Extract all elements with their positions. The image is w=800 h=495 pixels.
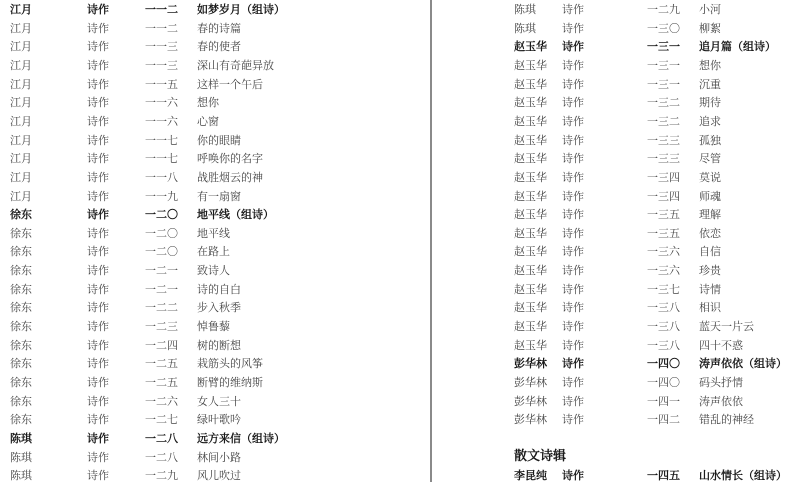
page-number-cell: 一四二 xyxy=(647,411,680,429)
toc-entry-row: 徐东诗作一二六女人三十 xyxy=(0,393,430,411)
toc-entry-row: 赵玉华诗作一三二期待 xyxy=(432,94,800,112)
toc-group-row: 赵玉华诗作一三一追月篇（组诗） xyxy=(432,38,800,56)
toc-entry-row: 江月诗作一一三深山有奇葩异放 xyxy=(0,57,430,75)
author-cell: 徐东 xyxy=(10,262,32,280)
type-cell: 诗作 xyxy=(87,318,109,336)
type-cell: 诗作 xyxy=(562,150,584,168)
toc-entry-row: 徐东诗作一二二步入秋季 xyxy=(0,299,430,317)
toc-entry-row: 陈琪诗作一二九小河 xyxy=(432,1,800,19)
page-number-cell: 一一三 xyxy=(145,38,178,56)
toc-entry-row: 徐东诗作一二〇在路上 xyxy=(0,243,430,261)
toc-entry-row: 赵玉华诗作一三五依恋 xyxy=(432,225,800,243)
type-cell: 诗作 xyxy=(87,430,109,448)
author-cell: 赵玉华 xyxy=(514,132,547,150)
toc-entry-row: 徐东诗作一二五断臂的维纳斯 xyxy=(0,374,430,392)
page-number-cell: 一一六 xyxy=(145,113,178,131)
type-cell: 诗作 xyxy=(87,281,109,299)
type-cell: 诗作 xyxy=(562,299,584,317)
author-cell: 赵玉华 xyxy=(514,57,547,75)
page-number-cell: 一三四 xyxy=(647,169,680,187)
page-number-cell: 一三一 xyxy=(647,57,680,75)
page-number-cell: 一二八 xyxy=(145,430,178,448)
toc-entry-row: 江月诗作一一七呼唤你的名字 xyxy=(0,150,430,168)
title-cell: 树的断想 xyxy=(197,337,241,355)
toc-entry-row: 江月诗作一一八战胜烟云的神 xyxy=(0,169,430,187)
author-cell: 徐东 xyxy=(10,206,32,224)
page-number-cell: 一一七 xyxy=(145,150,178,168)
type-cell: 诗作 xyxy=(562,393,584,411)
author-cell: 江月 xyxy=(10,57,32,75)
type-cell: 诗作 xyxy=(87,299,109,317)
page-number-cell: 一三五 xyxy=(647,225,680,243)
toc-entry-row: 赵玉华诗作一三三孤独 xyxy=(432,132,800,150)
page-number-cell: 一一七 xyxy=(145,132,178,150)
toc-entry-row: 江月诗作一一二春的诗篇 xyxy=(0,20,430,38)
type-cell: 诗作 xyxy=(87,337,109,355)
author-cell: 陈琪 xyxy=(10,430,32,448)
page-number-cell: 一二四 xyxy=(145,337,178,355)
title-cell: 孤独 xyxy=(699,132,721,150)
toc-entry-row: 赵玉华诗作一三四莫说 xyxy=(432,169,800,187)
author-cell: 赵玉华 xyxy=(514,76,547,94)
toc-entry-row: 陈琪诗作一三〇柳絮 xyxy=(432,20,800,38)
author-cell: 徐东 xyxy=(10,355,32,373)
page-number-cell: 一一三 xyxy=(145,57,178,75)
title-cell: 心窗 xyxy=(197,113,219,131)
title-cell: 涛声依依 xyxy=(699,393,743,411)
type-cell: 诗作 xyxy=(562,262,584,280)
title-cell: 想你 xyxy=(197,94,219,112)
type-cell: 诗作 xyxy=(87,355,109,373)
type-cell: 诗作 xyxy=(562,76,584,94)
toc-entry-row: 彭华林诗作一四〇码头抒情 xyxy=(432,374,800,392)
type-cell: 诗作 xyxy=(562,411,584,429)
type-cell: 诗作 xyxy=(562,225,584,243)
title-cell: 春的使者 xyxy=(197,38,241,56)
title-cell: 远方来信（组诗） xyxy=(197,430,285,448)
title-cell: 步入秋季 xyxy=(197,299,241,317)
page-number-cell: 一二六 xyxy=(145,393,178,411)
toc-entry-row: 江月诗作一一六心窗 xyxy=(0,113,430,131)
page-number-cell: 一二五 xyxy=(145,374,178,392)
author-cell: 彭华林 xyxy=(514,393,547,411)
author-cell: 陈琪 xyxy=(10,467,32,485)
page-number-cell: 一三八 xyxy=(647,299,680,317)
page-number-cell: 一二八 xyxy=(145,449,178,467)
author-cell: 赵玉华 xyxy=(514,318,547,336)
title-cell: 追月篇（组诗） xyxy=(699,38,776,56)
page-number-cell: 一二一 xyxy=(145,281,178,299)
page-number-cell: 一二七 xyxy=(145,411,178,429)
type-cell: 诗作 xyxy=(87,243,109,261)
author-cell: 徐东 xyxy=(10,243,32,261)
title-cell: 相识 xyxy=(699,299,721,317)
author-cell: 江月 xyxy=(10,188,32,206)
author-cell: 江月 xyxy=(10,132,32,150)
author-cell: 江月 xyxy=(10,76,32,94)
page-number-cell: 一四〇 xyxy=(647,374,680,392)
page-number-cell: 一二三 xyxy=(145,318,178,336)
type-cell: 诗作 xyxy=(562,113,584,131)
page-number-cell: 一二五 xyxy=(145,355,178,373)
title-cell: 致诗人 xyxy=(197,262,230,280)
title-cell: 有一扇窗 xyxy=(197,188,241,206)
author-cell: 赵玉华 xyxy=(514,94,547,112)
author-cell: 江月 xyxy=(10,113,32,131)
page-number-cell: 一一二 xyxy=(145,1,178,19)
title-cell: 你的眼睛 xyxy=(197,132,241,150)
type-cell: 诗作 xyxy=(562,132,584,150)
type-cell: 诗作 xyxy=(87,150,109,168)
title-cell: 自信 xyxy=(699,243,721,261)
toc-group-row: 陈琪诗作一二八远方来信（组诗） xyxy=(0,430,430,448)
title-cell: 绿叶歌吟 xyxy=(197,411,241,429)
type-cell: 诗作 xyxy=(87,225,109,243)
title-cell: 诗的自白 xyxy=(197,281,241,299)
page-number-cell: 一三八 xyxy=(647,318,680,336)
toc-entry-row: 彭华林诗作一四一涛声依依 xyxy=(432,393,800,411)
title-cell: 期待 xyxy=(699,94,721,112)
page-number-cell: 一四〇 xyxy=(647,355,680,373)
title-cell: 山水情长（组诗） xyxy=(699,467,787,485)
page-number-cell: 一三八 xyxy=(647,337,680,355)
type-cell: 诗作 xyxy=(562,38,584,56)
author-cell: 徐东 xyxy=(10,374,32,392)
page-number-cell: 一三七 xyxy=(647,281,680,299)
type-cell: 诗作 xyxy=(562,467,584,485)
type-cell: 诗作 xyxy=(87,449,109,467)
page-number-cell: 一三一 xyxy=(647,76,680,94)
title-cell: 理解 xyxy=(699,206,721,224)
toc-entry-row: 赵玉华诗作一三八相识 xyxy=(432,299,800,317)
title-cell: 尽管 xyxy=(699,150,721,168)
toc-entry-row: 赵玉华诗作一三一想你 xyxy=(432,57,800,75)
type-cell: 诗作 xyxy=(562,206,584,224)
page-number-cell: 一三四 xyxy=(647,188,680,206)
toc-entry-row: 赵玉华诗作一三八四十不惑 xyxy=(432,337,800,355)
author-cell: 江月 xyxy=(10,1,32,19)
title-cell: 地平线 xyxy=(197,225,230,243)
page-number-cell: 一一六 xyxy=(145,94,178,112)
author-cell: 赵玉华 xyxy=(514,150,547,168)
toc-entry-row: 赵玉华诗作一三六珍贵 xyxy=(432,262,800,280)
author-cell: 徐东 xyxy=(10,318,32,336)
toc-entry-row: 赵玉华诗作一三六自信 xyxy=(432,243,800,261)
author-cell: 赵玉华 xyxy=(514,206,547,224)
type-cell: 诗作 xyxy=(562,355,584,373)
title-cell: 珍贵 xyxy=(699,262,721,280)
toc-entry-row: 江月诗作一一六想你 xyxy=(0,94,430,112)
author-cell: 陈琪 xyxy=(514,20,536,38)
author-cell: 赵玉华 xyxy=(514,38,547,56)
page-number-cell: 一一九 xyxy=(145,188,178,206)
page-number-cell: 一四一 xyxy=(647,393,680,411)
author-cell: 赵玉华 xyxy=(514,262,547,280)
page-number-cell: 一二〇 xyxy=(145,206,178,224)
toc-entry-row: 江月诗作一一七你的眼睛 xyxy=(0,132,430,150)
page-number-cell: 一一二 xyxy=(145,20,178,38)
toc-entry-row: 赵玉华诗作一三一沉重 xyxy=(432,76,800,94)
author-cell: 陈琪 xyxy=(10,449,32,467)
author-cell: 彭华林 xyxy=(514,374,547,392)
type-cell: 诗作 xyxy=(562,188,584,206)
page-number-cell: 一三五 xyxy=(647,206,680,224)
title-cell: 悼鲁藜 xyxy=(197,318,230,336)
title-cell: 蓝天一片云 xyxy=(699,318,754,336)
type-cell: 诗作 xyxy=(87,1,109,19)
toc-entry-row: 赵玉华诗作一三三尽管 xyxy=(432,150,800,168)
toc-entry-row: 徐东诗作一二三悼鲁藜 xyxy=(0,318,430,336)
author-cell: 徐东 xyxy=(10,337,32,355)
type-cell: 诗作 xyxy=(87,374,109,392)
title-cell: 地平线（组诗） xyxy=(197,206,274,224)
page-number-cell: 一二九 xyxy=(145,467,178,485)
page-number-cell: 一二〇 xyxy=(145,243,178,261)
title-cell: 涛声依依（组诗） xyxy=(699,355,787,373)
title-cell: 师魂 xyxy=(699,188,721,206)
page-number-cell: 一二二 xyxy=(145,299,178,317)
type-cell: 诗作 xyxy=(562,243,584,261)
toc-entry-row: 江月诗作一一五这样一个午后 xyxy=(0,76,430,94)
type-cell: 诗作 xyxy=(87,94,109,112)
page-number-cell: 一三〇 xyxy=(647,20,680,38)
title-cell: 如梦岁月（组诗） xyxy=(197,1,285,19)
title-cell: 柳絮 xyxy=(699,20,721,38)
author-cell: 赵玉华 xyxy=(514,281,547,299)
page-number-cell: 一一五 xyxy=(145,76,178,94)
toc-entry-row: 徐东诗作一二一诗的自白 xyxy=(0,281,430,299)
page-number-cell: 一一八 xyxy=(145,169,178,187)
title-cell: 追求 xyxy=(699,113,721,131)
type-cell: 诗作 xyxy=(87,411,109,429)
type-cell: 诗作 xyxy=(87,113,109,131)
type-cell: 诗作 xyxy=(562,318,584,336)
type-cell: 诗作 xyxy=(87,467,109,485)
page-number-cell: 一三二 xyxy=(647,94,680,112)
title-cell: 诗情 xyxy=(699,281,721,299)
author-cell: 江月 xyxy=(10,94,32,112)
page-number-cell: 一二〇 xyxy=(145,225,178,243)
title-cell: 战胜烟云的神 xyxy=(197,169,263,187)
toc-entry-row: 徐东诗作一二四树的断想 xyxy=(0,337,430,355)
toc-entry-row: 赵玉华诗作一三四师魂 xyxy=(432,188,800,206)
type-cell: 诗作 xyxy=(87,169,109,187)
author-cell: 徐东 xyxy=(10,281,32,299)
toc-group-row: 徐东诗作一二〇地平线（组诗） xyxy=(0,206,430,224)
type-cell: 诗作 xyxy=(562,374,584,392)
author-cell: 江月 xyxy=(10,150,32,168)
title-cell: 小河 xyxy=(699,1,721,19)
author-cell: 赵玉华 xyxy=(514,225,547,243)
title-cell: 女人三十 xyxy=(197,393,241,411)
page-number-cell: 一四五 xyxy=(647,467,680,485)
type-cell: 诗作 xyxy=(87,188,109,206)
toc-entry-row: 陈琪诗作一二八林间小路 xyxy=(0,449,430,467)
page-number-cell: 一二一 xyxy=(145,262,178,280)
section-heading: 散文诗辑 xyxy=(514,448,566,466)
author-cell: 江月 xyxy=(10,20,32,38)
type-cell: 诗作 xyxy=(562,94,584,112)
toc-entry-row: 陈琪诗作一二九风儿吹过 xyxy=(0,467,430,485)
page-number-cell: 一三六 xyxy=(647,243,680,261)
toc-entry-row: 彭华林诗作一四二错乱的神经 xyxy=(432,411,800,429)
author-cell: 赵玉华 xyxy=(514,169,547,187)
toc-entry-row: 江月诗作一一九有一扇窗 xyxy=(0,188,430,206)
type-cell: 诗作 xyxy=(87,76,109,94)
type-cell: 诗作 xyxy=(87,262,109,280)
title-cell: 码头抒情 xyxy=(699,374,743,392)
toc-group-row: 江月诗作一一二如梦岁月（组诗） xyxy=(0,1,430,19)
toc-entry-row: 徐东诗作一二五栽筋头的风筝 xyxy=(0,355,430,373)
title-cell: 在路上 xyxy=(197,243,230,261)
type-cell: 诗作 xyxy=(562,1,584,19)
type-cell: 诗作 xyxy=(562,281,584,299)
page-number-cell: 一三三 xyxy=(647,150,680,168)
toc-entry-row: 徐东诗作一二〇地平线 xyxy=(0,225,430,243)
author-cell: 赵玉华 xyxy=(514,243,547,261)
toc-entry-row: 赵玉华诗作一三八蓝天一片云 xyxy=(432,318,800,336)
page-number-cell: 一三六 xyxy=(647,262,680,280)
title-cell: 栽筋头的风筝 xyxy=(197,355,263,373)
toc-group-row: 李昆纯诗作一四五山水情长（组诗） xyxy=(432,467,800,485)
type-cell: 诗作 xyxy=(562,20,584,38)
title-cell: 想你 xyxy=(699,57,721,75)
author-cell: 陈琪 xyxy=(514,1,536,19)
title-cell: 断臂的维纳斯 xyxy=(197,374,263,392)
type-cell: 诗作 xyxy=(87,38,109,56)
title-cell: 依恋 xyxy=(699,225,721,243)
page-number-cell: 一三一 xyxy=(647,38,680,56)
author-cell: 彭华林 xyxy=(514,355,547,373)
type-cell: 诗作 xyxy=(562,337,584,355)
toc-entry-row: 赵玉华诗作一三二追求 xyxy=(432,113,800,131)
page-number-cell: 一三二 xyxy=(647,113,680,131)
page-number-cell: 一二九 xyxy=(647,1,680,19)
toc-entry-row: 赵玉华诗作一三七诗情 xyxy=(432,281,800,299)
author-cell: 赵玉华 xyxy=(514,113,547,131)
title-cell: 春的诗篇 xyxy=(197,20,241,38)
title-cell: 深山有奇葩异放 xyxy=(197,57,274,75)
author-cell: 江月 xyxy=(10,169,32,187)
title-cell: 错乱的神经 xyxy=(699,411,754,429)
author-cell: 徐东 xyxy=(10,411,32,429)
toc-entry-row: 赵玉华诗作一三五理解 xyxy=(432,206,800,224)
title-cell: 林间小路 xyxy=(197,449,241,467)
page-number-cell: 一三三 xyxy=(647,132,680,150)
author-cell: 江月 xyxy=(10,38,32,56)
title-cell: 莫说 xyxy=(699,169,721,187)
author-cell: 赵玉华 xyxy=(514,299,547,317)
author-cell: 徐东 xyxy=(10,299,32,317)
type-cell: 诗作 xyxy=(562,169,584,187)
toc-group-row: 彭华林诗作一四〇涛声依依（组诗） xyxy=(432,355,800,373)
title-cell: 四十不惑 xyxy=(699,337,743,355)
author-cell: 赵玉华 xyxy=(514,188,547,206)
type-cell: 诗作 xyxy=(87,57,109,75)
type-cell: 诗作 xyxy=(87,20,109,38)
toc-entry-row: 徐东诗作一二一致诗人 xyxy=(0,262,430,280)
toc-entry-row: 江月诗作一一三春的使者 xyxy=(0,38,430,56)
type-cell: 诗作 xyxy=(87,393,109,411)
title-cell: 呼唤你的名字 xyxy=(197,150,263,168)
type-cell: 诗作 xyxy=(87,132,109,150)
title-cell: 风儿吹过 xyxy=(197,467,241,485)
author-cell: 赵玉华 xyxy=(514,337,547,355)
type-cell: 诗作 xyxy=(87,206,109,224)
author-cell: 徐东 xyxy=(10,225,32,243)
author-cell: 徐东 xyxy=(10,393,32,411)
title-cell: 沉重 xyxy=(699,76,721,94)
author-cell: 彭华林 xyxy=(514,411,547,429)
type-cell: 诗作 xyxy=(562,57,584,75)
toc-entry-row: 徐东诗作一二七绿叶歌吟 xyxy=(0,411,430,429)
title-cell: 这样一个午后 xyxy=(197,76,263,94)
author-cell: 李昆纯 xyxy=(514,467,547,485)
